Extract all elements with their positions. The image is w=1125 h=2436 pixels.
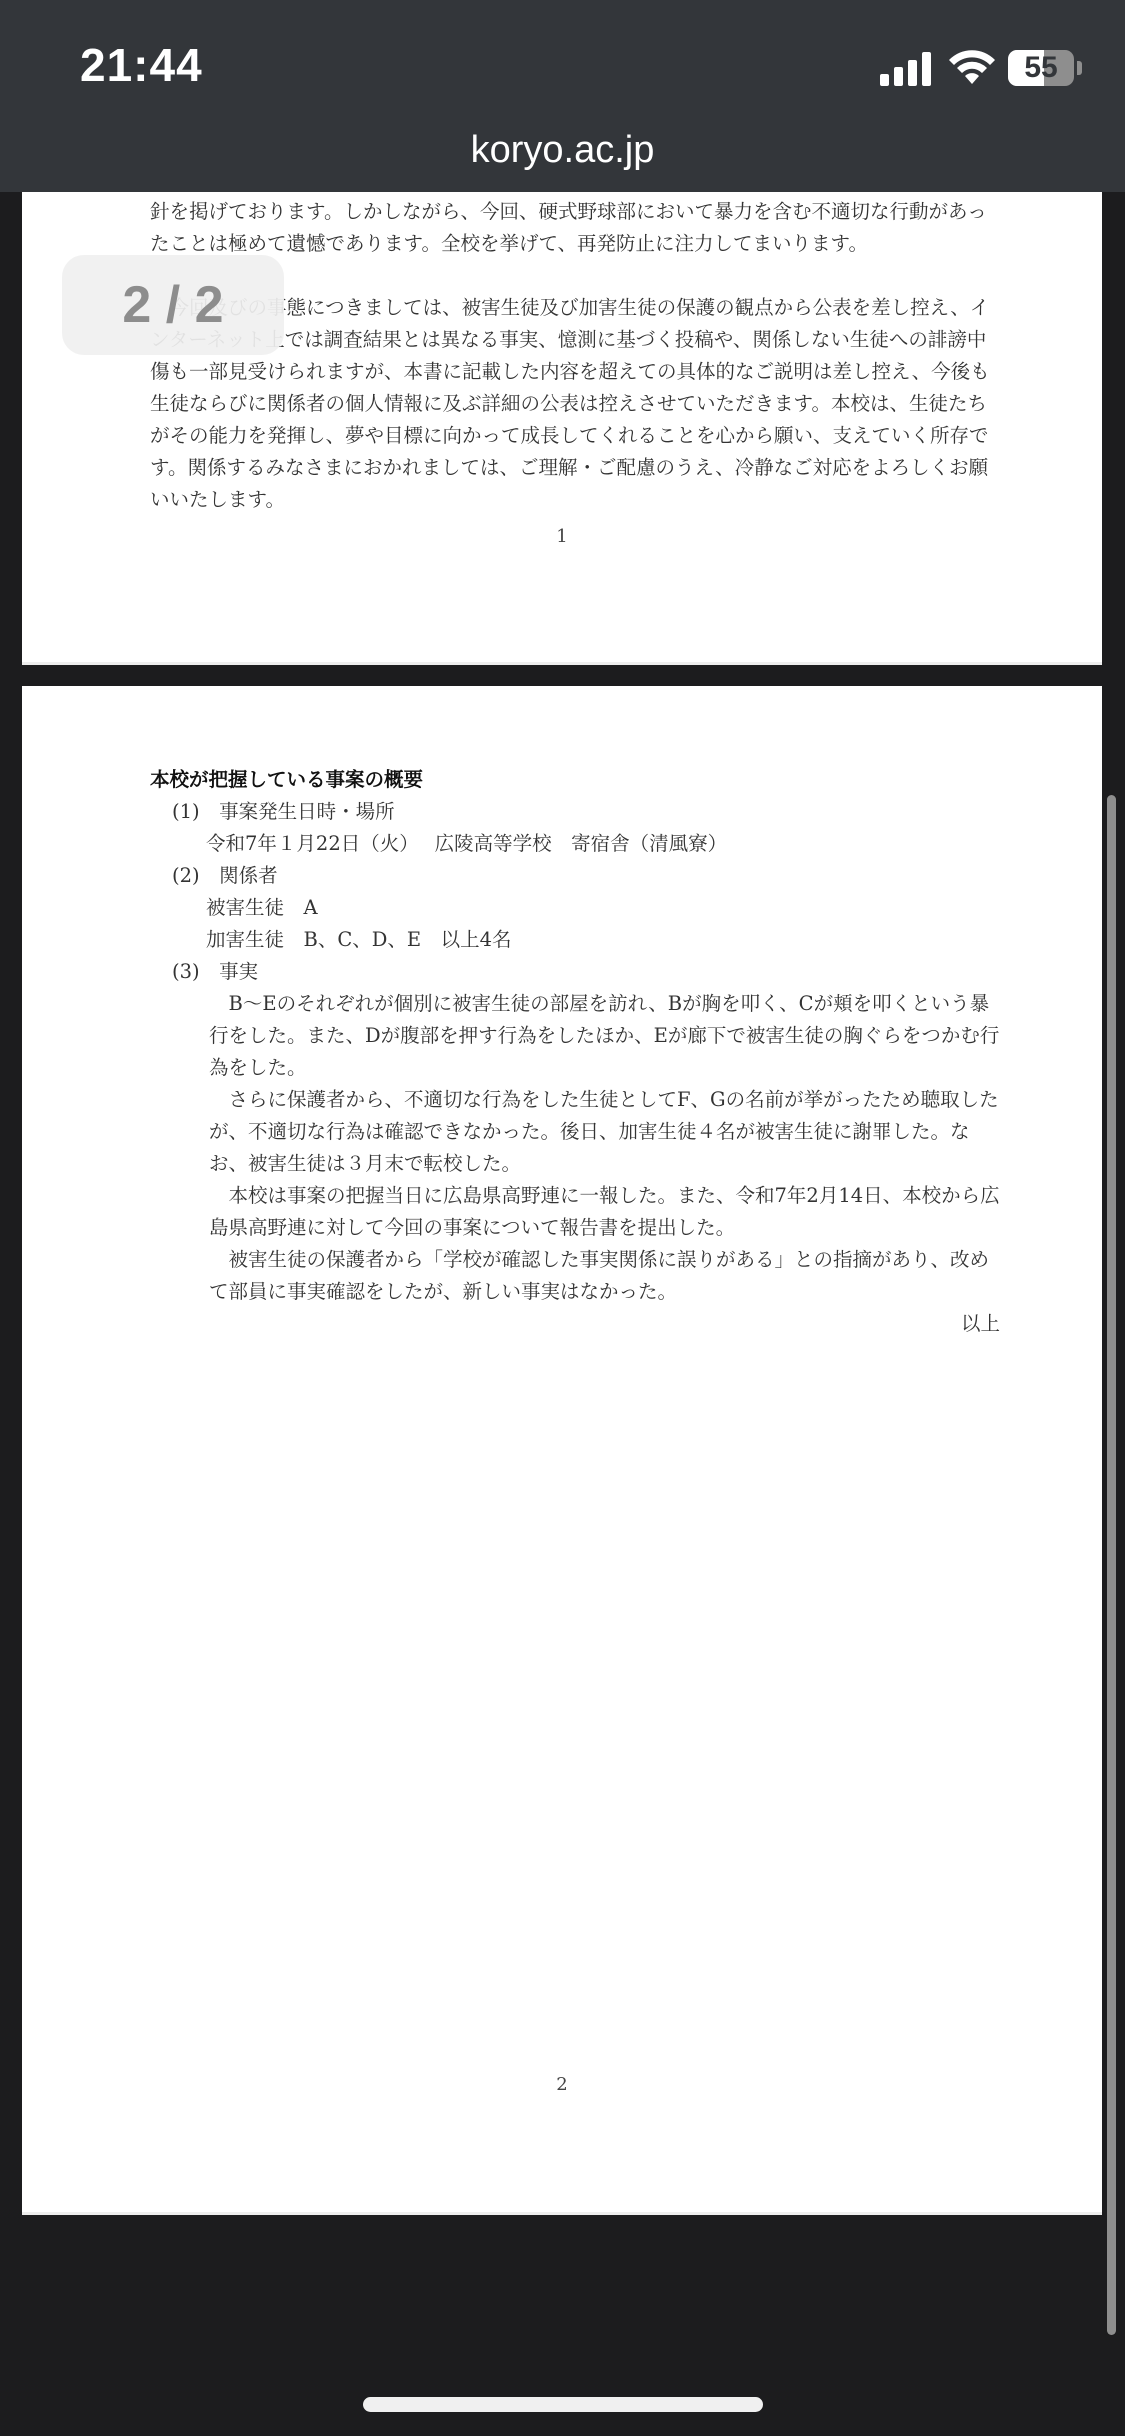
closing-mark: 以上 [150,1308,1000,1340]
section-heading: (2) 関係者 [150,860,1000,892]
battery-icon: 55 [1008,50,1074,86]
clock: 21:44 [80,38,203,92]
page1-paragraph: 針を掲げております。しかしながら、今回、硬式野球部において暴力を含む不適切な行動… [150,196,1000,260]
fact-paragraph: 本校は事案の把握当日に広島県高野連に一報した。また、令和7年2月14日、本校から… [209,1180,1000,1244]
fact-paragraph: さらに保護者から、不適切な行為をした生徒としてF、Gの名前が挙がったため聴取した… [209,1084,1000,1180]
battery-percent: 55 [1008,50,1074,86]
section-heading: (3) 事実 [150,956,1000,988]
section-line: 被害生徒 A [150,892,1000,924]
page1-body: 針を掲げております。しかしながら、今回、硬式野球部において暴力を含む不適切な行動… [150,196,1000,516]
section-heading: (1) 事案発生日時・場所 [150,796,1000,828]
home-indicator[interactable] [363,2397,763,2412]
wifi-icon [948,48,996,86]
section-line: 加害生徒 B、C、D、E 以上4名 [150,924,1000,956]
page2-body: 本校が把握している事案の概要 (1) 事案発生日時・場所 令和7年１月22日（火… [150,764,1000,1340]
url-text[interactable]: koryo.ac.jp [471,129,655,171]
page-number: 2 [22,2074,1102,2095]
status-bar: 21:44 55 [0,0,1125,120]
vertical-scrollbar[interactable] [1107,795,1116,2335]
pdf-page-2: 本校が把握している事案の概要 (1) 事案発生日時・場所 令和7年１月22日（火… [22,686,1102,2215]
page-indicator: 2 / 2 [62,255,284,355]
document-section-title: 本校が把握している事案の概要 [150,764,1000,796]
section-line: 令和7年１月22日（火） 広陵高等学校 寄宿舎（清風寮） [150,828,1000,860]
url-bar[interactable]: koryo.ac.jp [0,120,1125,192]
fact-paragraph: B～Eのそれぞれが個別に被害生徒の部屋を訪れ、Bが胸を叩く、Cが頬を叩くという暴… [209,988,1000,1084]
battery-nub [1077,61,1082,75]
fact-paragraph: 被害生徒の保護者から「学校が確認した事実関係に誤りがある」との指摘があり、改めて… [209,1244,1000,1308]
cellular-signal-icon [880,52,934,86]
page-number: 1 [22,526,1102,547]
